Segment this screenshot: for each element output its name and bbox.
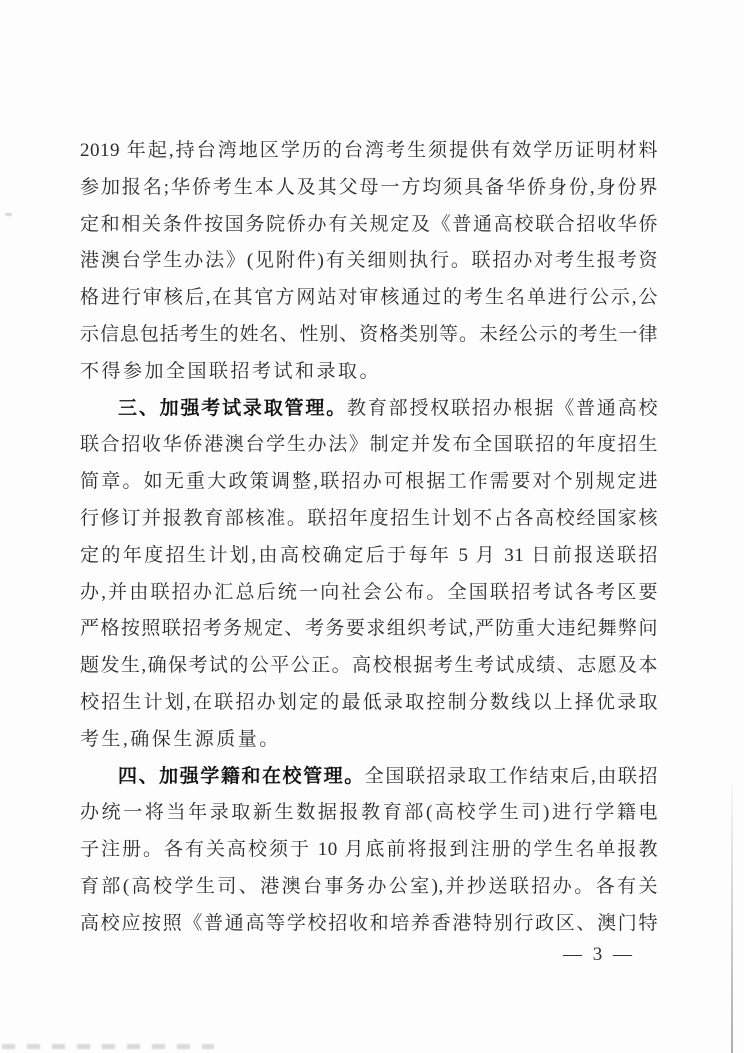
- text-line-rest: 教育部授权联招办根据《普通高校: [347, 398, 658, 419]
- text-line: 育部(高校学生司、港澳台事务办公室),并抄送联招办。各有关: [80, 869, 658, 906]
- text-line: 办,并由联招办汇总后统一向社会公布。全国联招考试各考区要: [80, 575, 658, 612]
- text-line: 高校应按照《普通高等学校招收和培养香港特别行政区、澳门特: [80, 906, 658, 943]
- text-line: 定的年度招生计划,由高校确定后于每年 5 月 31 日前报送联招: [80, 538, 658, 575]
- text-line: 题发生,确保考试的公平公正。高校根据考生考试成绩、志愿及本: [80, 648, 658, 685]
- text-line: 示信息包括考生的姓名、性别、资格类别等。未经公示的考生一律: [80, 317, 658, 354]
- text-line: 三、加强考试录取管理。教育部授权联招办根据《普通高校: [80, 391, 658, 428]
- text-line: 定和相关条件按国务院侨办有关规定及《普通高校联合招收华侨: [80, 207, 658, 244]
- document-body: 2019 年起,持台湾地区学历的台湾考生须提供有效学历证明材料参加报名;华侨考生…: [80, 133, 658, 943]
- text-line: 考生,确保生源质量。: [80, 722, 658, 759]
- paragraph: 2019 年起,持台湾地区学历的台湾考生须提供有效学历证明材料参加报名;华侨考生…: [80, 133, 658, 391]
- scan-artifact-vertical-line: [731, 782, 733, 1053]
- scan-artifact-smudge: [2, 1044, 214, 1049]
- text-line: 简章。如无重大政策调整,联招办可根据工作需要对个别规定进: [80, 464, 658, 501]
- page-number: — 3 —: [563, 944, 635, 966]
- text-line: 不得参加全国联招考试和录取。: [80, 354, 658, 391]
- text-line: 行修订并报教育部核准。联招年度招生计划不占各高校经国家核: [80, 501, 658, 538]
- text-line: 校招生计划,在联招办划定的最低录取控制分数线以上择优录取: [80, 685, 658, 722]
- text-line: 格进行审核后,在其官方网站对审核通过的考生名单进行公示,公: [80, 280, 658, 317]
- text-line: 联合招收华侨港澳台学生办法》制定并发布全国联招的年度招生: [80, 427, 658, 464]
- text-line: 子注册。各有关高校须于 10 月底前将报到注册的学生名单报教: [80, 832, 658, 869]
- text-line: 严格按照联招考务规定、考务要求组织考试,严防重大违纪舞弊问: [80, 611, 658, 648]
- text-line-rest: 全国联招录取工作结束后,由联招: [365, 766, 658, 787]
- paragraph: 四、加强学籍和在校管理。全国联招录取工作结束后,由联招办统一将当年录取新生数据报…: [80, 759, 658, 943]
- text-line: 四、加强学籍和在校管理。全国联招录取工作结束后,由联招: [80, 759, 658, 796]
- text-line: 参加报名;华侨考生本人及其父母一方均须具备华侨身份,身份界: [80, 170, 658, 207]
- section-heading: 三、加强考试录取管理。: [118, 398, 347, 419]
- text-line: 港澳台学生办法》(见附件)有关细则执行。联招办对考生报考资: [80, 243, 658, 280]
- section-heading: 四、加强学籍和在校管理。: [118, 766, 365, 787]
- text-line: 办统一将当年录取新生数据报教育部(高校学生司)进行学籍电: [80, 795, 658, 832]
- text-line: 2019 年起,持台湾地区学历的台湾考生须提供有效学历证明材料: [80, 133, 658, 170]
- document-page: 2019 年起,持台湾地区学历的台湾考生须提供有效学历证明材料参加报名;华侨考生…: [0, 0, 744, 1053]
- paragraph: 三、加强考试录取管理。教育部授权联招办根据《普通高校联合招收华侨港澳台学生办法》…: [80, 391, 658, 759]
- scan-artifact-dot: [5, 213, 12, 216]
